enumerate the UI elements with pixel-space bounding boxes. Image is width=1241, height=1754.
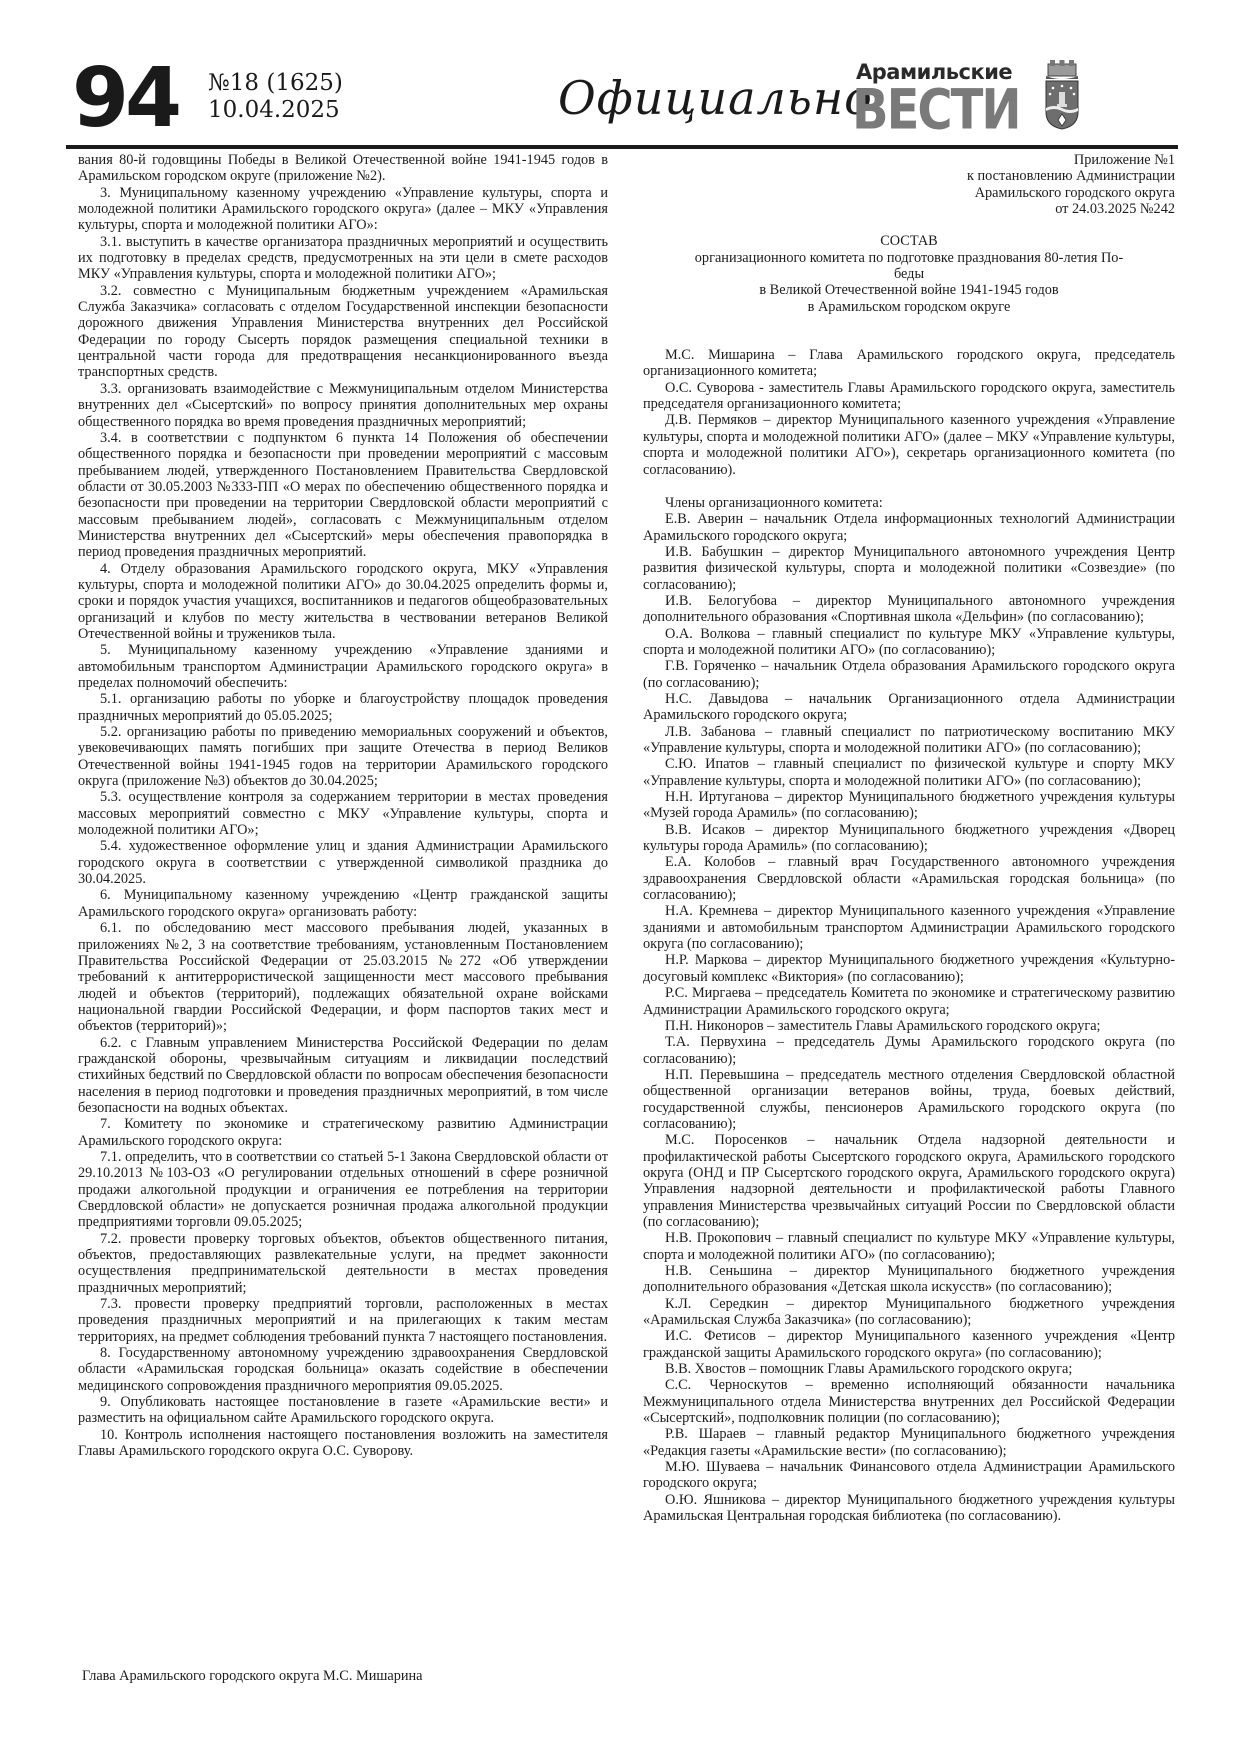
member-entry: Р.С. Миргаева – председатель Комитета по… (643, 985, 1175, 1018)
paragraph: 3.3. организовать взаимодействие с Межму… (78, 381, 608, 430)
coat-of-arms-icon (1042, 60, 1082, 130)
member-entry: И.С. Фетисов – директор Муниципального к… (643, 1328, 1175, 1361)
member-entry: Н.А. Кремнева – директор Муниципального … (643, 903, 1175, 952)
member-entry: Н.В. Прокопович – главный специалист по … (643, 1230, 1175, 1263)
composition-heading: СОСТАВ (643, 233, 1175, 249)
member-entry: Н.В. Сеньшина – директор Муниципального … (643, 1263, 1175, 1296)
newspaper-page: 94 №18 (1625) 10.04.2025 Официально Арам… (0, 0, 1241, 1754)
member-entry: Е.А. Колобов – главный врач Государствен… (643, 854, 1175, 903)
paragraph: вания 80-й годовщины Победы в Великой От… (78, 152, 608, 185)
newspaper-logo: Арамильские ВЕСТИ (846, 58, 1106, 138)
composition-line: беды (643, 266, 1175, 282)
paragraph: 3.2. совместно с Муниципальным бюджетным… (78, 283, 608, 381)
paragraph: 7.3. провести проверку предприятий торго… (78, 1296, 608, 1345)
paragraph: 5.1. организацию работы по уборке и благ… (78, 691, 608, 724)
paragraph: 6.1. по обследованию мест массового преб… (78, 920, 608, 1034)
member-entry: В.В. Исаков – директор Муниципального бю… (643, 822, 1175, 855)
paragraph: 10. Контроль исполнения настоящего поста… (78, 1427, 608, 1460)
signature-line: Глава Арамильского городского округа М.С… (82, 1668, 423, 1685)
appendix-line: Арамильского городского округа (643, 185, 1175, 201)
page-number: 94 (72, 58, 178, 140)
issue-date: 10.04.2025 (208, 97, 343, 124)
paragraph: 3.4. в соответствии с подпунктом 6 пункт… (78, 430, 608, 561)
composition-title: СОСТАВ организационного комитета по подг… (643, 233, 1175, 315)
member-entry: С.Ю. Ипатов – главный специалист по физи… (643, 756, 1175, 789)
paragraph: 8. Государственному автономному учрежден… (78, 1345, 608, 1394)
members-heading: Члены организационного комитета: (643, 495, 1175, 511)
section-title: Официально (558, 70, 873, 126)
member-entry: С.С. Черноскутов – временно исполняющий … (643, 1377, 1175, 1426)
paragraph: 4. Отделу образования Арамильского город… (78, 561, 608, 643)
appendix-line: Приложение №1 (643, 152, 1175, 168)
committee-leadership: М.С. Мишарина – Глава Арамильского город… (643, 347, 1175, 478)
paragraph: 5.4. художественное оформление улиц и зд… (78, 838, 608, 887)
appendix-line: к постановлению Администрации (643, 168, 1175, 184)
member-entry: О.Ю. Яшникова – директор Муниципального … (643, 1492, 1175, 1525)
member-entry: В.В. Хвостов – помощник Главы Арамильско… (643, 1361, 1175, 1377)
member-entry: Н.Н. Иртуганова – директор Муниципальног… (643, 789, 1175, 822)
paragraph: 7.1. определить, что в соответствии со с… (78, 1149, 608, 1231)
header-divider (66, 145, 1178, 149)
member-entry: Н.Р. Маркова – директор Муниципального б… (643, 952, 1175, 985)
page-header: 94 №18 (1625) 10.04.2025 Официально Арам… (66, 40, 1178, 150)
paragraph: 5.2. организацию работы по приведению ме… (78, 724, 608, 789)
leadership-entry: Д.В. Пермяков – директор Муниципального … (643, 412, 1175, 477)
paragraph: 6. Муниципальному казенному учреждению «… (78, 887, 608, 920)
member-entry: Н.П. Перевышина – председатель местного … (643, 1067, 1175, 1132)
paragraph: 9. Опубликовать настоящее постановление … (78, 1394, 608, 1427)
member-entry: И.В. Бабушкин – директор Муниципального … (643, 544, 1175, 593)
committee-members: Члены организационного комитета: Е.В. Ав… (643, 495, 1175, 1525)
member-entry: П.Н. Никоноров – заместитель Главы Арами… (643, 1018, 1175, 1034)
member-entry: Е.В. Аверин – начальник Отдела информаци… (643, 511, 1175, 544)
paragraph: 7.2. провести проверку торговых объектов… (78, 1231, 608, 1296)
member-entry: М.С. Поросенков – начальник Отдела надзо… (643, 1132, 1175, 1230)
paragraph: 6.2. с Главным управлением Министерства … (78, 1035, 608, 1117)
logo-bottom-word: ВЕСТИ (852, 80, 1020, 140)
leadership-entry: М.С. Мишарина – Глава Арамильского город… (643, 347, 1175, 380)
member-entry: К.Л. Середкин – директор Муниципального … (643, 1296, 1175, 1329)
member-entry: Т.А. Первухина – председатель Думы Арами… (643, 1034, 1175, 1067)
composition-line: организационного комитета по подготовке … (643, 250, 1175, 266)
member-entry: Н.С. Давыдова – начальник Организационно… (643, 691, 1175, 724)
paragraph: 3. Муниципальному казенному учреждению «… (78, 185, 608, 234)
member-entry: И.В. Белогубова – директор Муниципальног… (643, 593, 1175, 626)
right-column: Приложение №1 к постановлению Администра… (643, 152, 1175, 1525)
member-entry: Р.В. Шараев – главный редактор Муниципал… (643, 1426, 1175, 1459)
leadership-entry: О.С. Суворова - заместитель Главы Арамил… (643, 380, 1175, 413)
member-entry: М.Ю. Шуваева – начальник Финансового отд… (643, 1459, 1175, 1492)
paragraph: 7. Комитету по экономике и стратегическо… (78, 1116, 608, 1149)
paragraph: 3.1. выступить в качестве организатора п… (78, 234, 608, 283)
member-entry: О.А. Волкова – главный специалист по кул… (643, 626, 1175, 659)
issue-number: №18 (1625) (208, 70, 343, 97)
appendix-reference: Приложение №1 к постановлению Администра… (643, 152, 1175, 217)
left-column: вания 80-й годовщины Победы в Великой От… (78, 152, 608, 1460)
paragraph: 5. Муниципальному казенному учреждению «… (78, 642, 608, 691)
member-entry: Л.В. Забанова – главный специалист по па… (643, 724, 1175, 757)
paragraph: 5.3. осуществление контроля за содержани… (78, 789, 608, 838)
member-entry: Г.В. Горяченко – начальник Отдела образо… (643, 658, 1175, 691)
appendix-line: от 24.03.2025 №242 (643, 201, 1175, 217)
composition-line: в Арамильском городском округе (643, 299, 1175, 315)
composition-line: в Великой Отечественной войне 1941-1945 … (643, 282, 1175, 298)
issue-info: №18 (1625) 10.04.2025 (208, 70, 343, 124)
